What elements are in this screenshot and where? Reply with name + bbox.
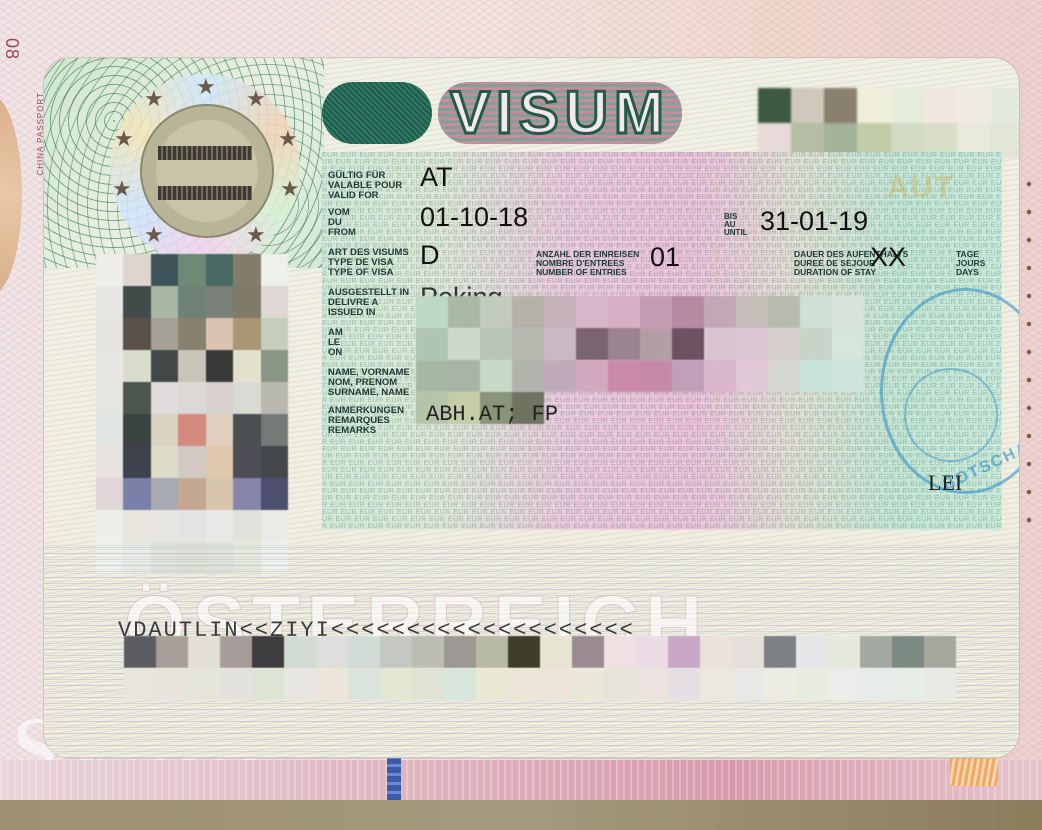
from-value: 01-10-18 <box>420 204 528 231</box>
from-label: VOM DU FROM <box>328 208 356 238</box>
remarks-value: ABH.AT; FP <box>426 402 558 427</box>
name-label: NAME, VORNAME NOM, PRENOM SURNAME, NAME <box>328 368 410 398</box>
passport-page: 08 CHINA PASSPORT VISAS ★ ★ ★ ★ ★ ★ ★ ★ … <box>0 0 1042 800</box>
star-icon: ★ <box>278 128 298 150</box>
security-code-strip-orange <box>950 758 998 786</box>
embassy-stamp-inner <box>904 368 998 462</box>
entries-value: 01 <box>650 244 680 271</box>
country-watermark: AUT <box>887 171 955 205</box>
officer-code: LEI <box>928 470 962 496</box>
security-code-strip <box>387 756 401 800</box>
eu-emblem-pill <box>322 82 432 144</box>
until-value: 31-01-19 <box>760 208 868 235</box>
hologram-bar-top <box>158 146 252 160</box>
hologram-bar-bottom <box>158 186 252 200</box>
visa-title: VISUM <box>438 82 682 144</box>
visum-banner: VISUM <box>322 76 742 150</box>
redacted-mrz-row-2 <box>124 668 956 700</box>
star-icon: ★ <box>112 178 132 200</box>
table-surface <box>0 800 1042 830</box>
visa-sticker: ★ ★ ★ ★ ★ ★ ★ ★ ★ VISUM EUR EUR EUR EUR … <box>44 58 1019 758</box>
redacted-holder-photo <box>96 254 288 574</box>
star-icon: ★ <box>144 224 164 246</box>
page-number: 08 <box>1 38 22 60</box>
duration-unit-label: TAGE JOURS DAYS <box>956 250 985 277</box>
redacted-mrz-row-1 <box>124 636 956 668</box>
star-icon: ★ <box>196 76 216 98</box>
passport-bottom-band <box>0 760 1042 800</box>
star-icon: ★ <box>144 88 164 110</box>
valid-for-value: AT <box>420 164 453 191</box>
star-icon: ★ <box>246 224 266 246</box>
star-icon: ★ <box>246 88 266 110</box>
type-label: ART DES VISUMS TYPE DE VISA TYPE OF VISA <box>328 248 409 278</box>
star-icon: ★ <box>280 178 300 200</box>
hologram-disc <box>140 104 274 238</box>
redacted-issued-on-row-2 <box>416 328 864 360</box>
until-label: BIS AU UNTIL <box>724 213 748 237</box>
redacted-issued-on-row-1 <box>416 296 864 328</box>
issued-on-label: AM LE ON <box>328 328 343 358</box>
remarks-label: ANMERKUNGEN REMARQUES REMARKS <box>328 406 404 436</box>
star-icon: ★ <box>114 128 134 150</box>
entries-label: ANZAHL DER EINREISEN NOMBRE D'ENTREES NU… <box>536 250 639 277</box>
issued-in-label: AUSGESTELLT IN DELIVRE A ISSUED IN <box>328 288 409 318</box>
redacted-top-right <box>758 88 1019 158</box>
type-value: D <box>420 242 440 269</box>
valid-for-label: GÜLTIG FÜR VALABLE POUR VALID FOR <box>328 171 402 201</box>
thumb <box>0 95 22 295</box>
redacted-name-row-1 <box>416 360 864 392</box>
duration-value: XX <box>870 244 906 271</box>
